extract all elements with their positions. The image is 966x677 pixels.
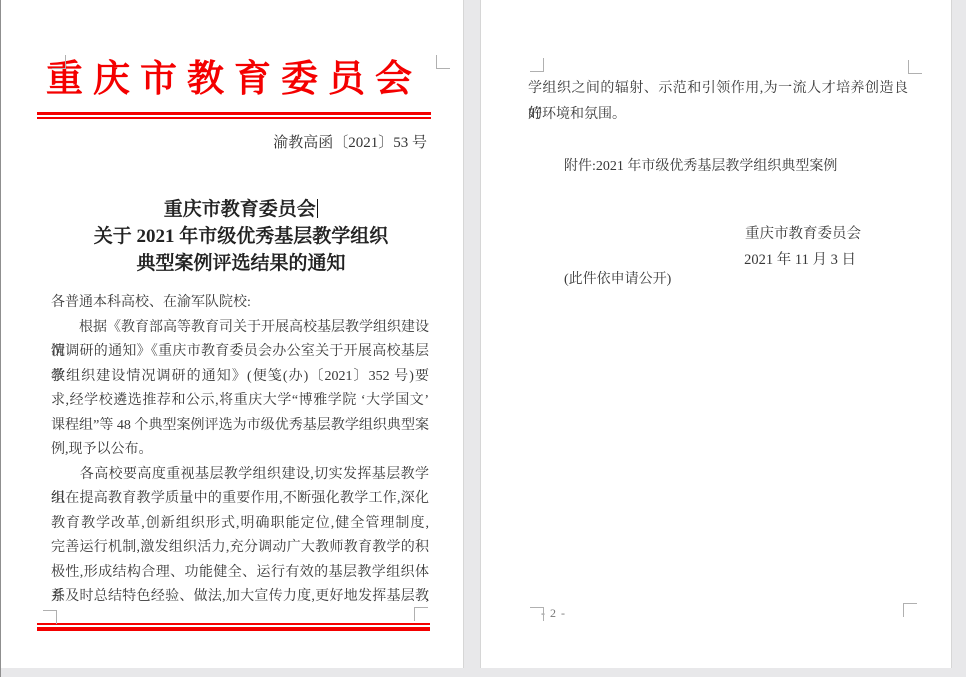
margin-crop-mark-bottom-right [903,603,917,617]
signature-date: 2021 年 11 月 3 日 [528,251,856,269]
body-text-line: 各普通本科高校、在渝军队院校: [51,291,429,316]
title-line-2: 关于 2021 年市级优秀基层教学组织 [41,223,441,250]
body-text-line: 根据《教育部高等教育司关于开展高校基层教学组织建设情 [51,316,429,341]
margin-crop-mark-bottom-right [414,607,428,621]
body-text-line: 极性,形成结构合理、功能健全、运行有效的基层教学组织体系, [51,561,429,586]
title-line-3: 典型案例评选结果的通知 [41,250,441,277]
body-text-line: 学组织之间的辐射、示范和引领作用,为一流人才培养创造良好 [528,76,908,102]
margin-crop-mark-bottom-left [530,607,544,621]
body-text-line: 课程组”等 48 个典型案例评选为市级优秀基层教学组织典型案 [51,414,429,439]
body-text-page-1: 各普通本科高校、在渝军队院校: 根据《教育部高等教育司关于开展高校基层教学组织建… [51,291,429,610]
margin-crop-mark-top-right [908,60,922,74]
letterhead-double-rule [37,112,431,119]
margin-crop-mark-top-left [52,55,66,69]
agency-letterhead: 重庆市教育委员会 [37,56,431,104]
body-text-line: 各高校要高度重视基层教学组织建设,切实发挥基层教学组 [51,463,429,488]
body-text-line: 求,经学校遴选推荐和公示,将重庆大学“博雅学院 ‘大学国文’ [51,389,429,414]
title-line-1: 重庆市教育委员会 [41,196,441,223]
body-text-line: 并及时总结特色经验、做法,加大宣传力度,更好地发挥基层教 [51,585,429,610]
disclosure-note: (此件依申请公开) [564,270,671,290]
body-text-line: 况调研的通知》《重庆市教育委员会办公室关于开展高校基层教 [51,340,429,365]
body-text-line: 例,现予以公布。 [51,438,429,463]
body-text-line: 的环境和氛围。 [528,102,908,128]
body-text-line: 织在提高教育教学质量中的重要作用,不断强化教学工作,深化 [51,487,429,512]
margin-crop-mark-top-right [436,55,450,69]
signature-agency: 重庆市教育委员会 [528,225,861,243]
document-page-2[interactable]: 学组织之间的辐射、示范和引领作用,为一流人才培养创造良好的环境和氛围。 附件:2… [480,0,952,668]
margin-crop-mark-bottom-left [43,610,57,624]
margin-crop-mark-top-left [530,58,544,72]
document-number: 渝教高函〔2021〕53 号 [37,133,427,153]
document-canvas: 重庆市教育委员会 渝教高函〔2021〕53 号 重庆市教育委员会 关于 2021… [0,0,966,677]
document-title: 重庆市教育委员会 关于 2021 年市级优秀基层教学组织 典型案例评选结果的通知 [41,196,441,277]
body-text-line: 完善运行机制,激发组织活力,充分调动广大教师教育教学的积 [51,536,429,561]
text-cursor [317,199,319,218]
document-page-1[interactable]: 重庆市教育委员会 渝教高函〔2021〕53 号 重庆市教育委员会 关于 2021… [1,0,464,668]
body-text-line: 教育教学改革,创新组织形式,明确职能定位,健全管理制度, [51,512,429,537]
attachment-line: 附件:2021 年市级优秀基层教学组织典型案例 [528,157,908,177]
body-text-line: 学组织建设情况调研的通知》(便笺(办)〔2021〕352 号)要 [51,365,429,390]
body-text-page-2: 学组织之间的辐射、示范和引领作用,为一流人才培养创造良好的环境和氛围。 [528,76,908,128]
page-number: - 2 - [541,605,566,621]
footer-double-rule [37,623,430,631]
